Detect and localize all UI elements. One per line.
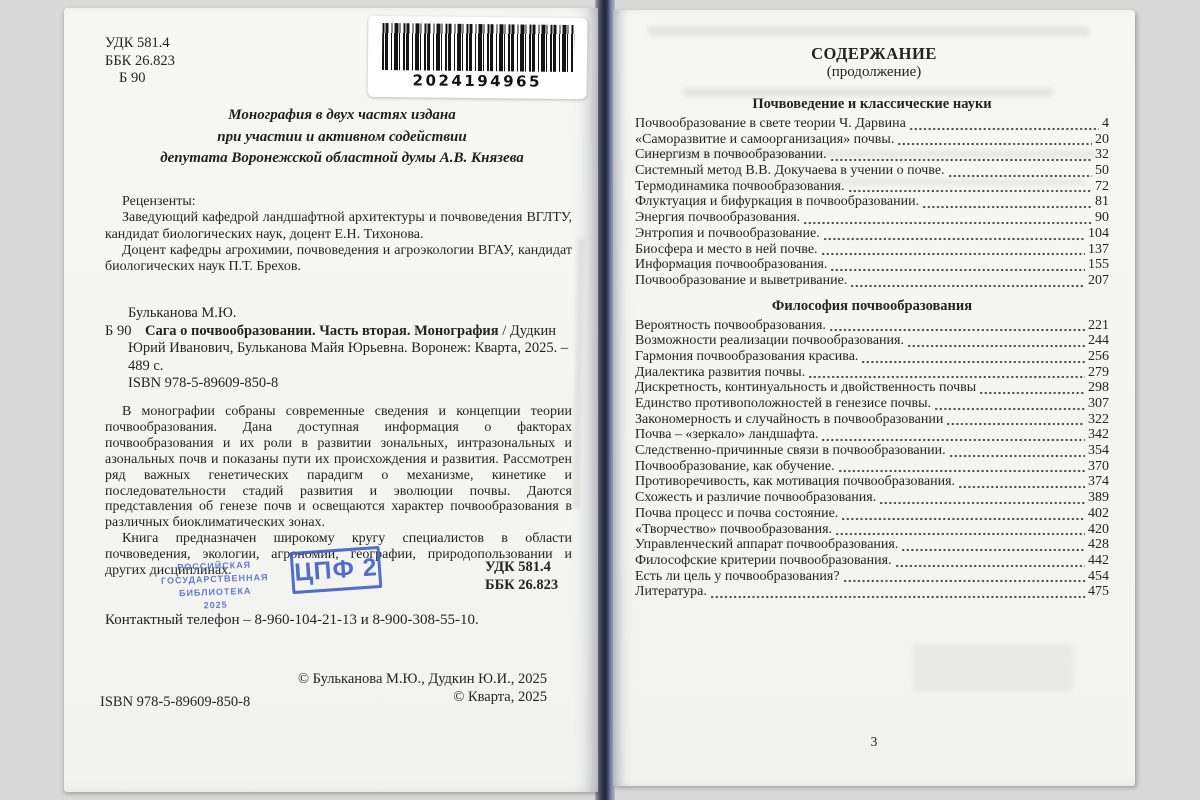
toc-entry-title: Диалектика развития почвы. <box>635 365 805 381</box>
toc-section: Философия почвообразованияВероятность по… <box>635 298 1109 600</box>
bbk-bottom: ББК 26.823 <box>485 576 558 594</box>
toc-entry-page: 428 <box>1088 537 1109 553</box>
barcode-number: 2024194965 <box>368 71 587 91</box>
toc-entry-title: Гармония почвообразования красива. <box>635 349 858 365</box>
bbk-top: ББК 26.823 <box>105 53 175 71</box>
toc-entry: «Саморазвитие и самоорганизация» почвы.2… <box>635 132 1109 148</box>
dot-leader <box>822 245 1085 257</box>
toc-entry-page: 370 <box>1088 459 1109 475</box>
cpf-stamp: ЦПФ 2 <box>290 546 383 594</box>
toc-entry-page: 442 <box>1088 553 1109 569</box>
dot-leader <box>822 431 1085 443</box>
dedication-line: при участии и активном содействии <box>108 127 576 149</box>
toc-entry-page: 137 <box>1088 242 1109 258</box>
bibliographic-entry: Бульканова М.Ю. Б 90Сага о почвообразова… <box>105 305 572 393</box>
toc-entry: Дискретность, континуальность и двойстве… <box>635 380 1109 396</box>
udk-bottom: УДК 581.4 <box>485 558 558 576</box>
library-stamp: РОССИЙСКАЯ ГОСУДАРСТВЕННАЯ БИБЛИОТЕКА 20… <box>149 558 281 615</box>
toc-entry-page: 72 <box>1095 179 1109 195</box>
toc-section: Почвоведение и классические наукиПочвооб… <box>635 96 1109 289</box>
toc-entry: Почвообразование, как обучение.370 <box>635 459 1109 475</box>
toc-entry-title: Управленческий аппарат почвообразования. <box>635 537 898 553</box>
reviewers-block: Рецензенты: Заведующий кафедрой ландшафт… <box>105 194 572 275</box>
toc-entry-title: Философские критерии почвообразования. <box>635 553 892 569</box>
toc-entry: Диалектика развития почвы.279 <box>635 365 1109 381</box>
dot-leader <box>898 135 1092 147</box>
barcode-icon <box>382 23 574 72</box>
toc-entry-title: Энергия почвообразования. <box>635 210 800 226</box>
dot-leader <box>862 353 1085 365</box>
dot-leader <box>851 277 1085 289</box>
toc-entry: Почвообразование и выветривание.207 <box>635 273 1109 289</box>
toc-title: СОДЕРЖАНИЕ <box>613 44 1135 64</box>
copyright-block: © Бульканова М.Ю., Дудкин Ю.И., 2025 © К… <box>298 671 547 706</box>
dot-leader <box>880 494 1085 506</box>
toc-entry-title: Системный метод В.В. Докучаева в учении … <box>635 163 945 179</box>
right-page: СОДЕРЖАНИЕ (продолжение) Почвоведение и … <box>613 10 1135 786</box>
toc-entry-page: 298 <box>1088 380 1109 396</box>
toc-entry-title: Единство противоположностей в генезисе п… <box>635 396 931 412</box>
copyright-authors: © Бульканова М.Ю., Дудкин Ю.И., 2025 <box>298 671 547 689</box>
toc-entry-page: 4 <box>1102 116 1109 132</box>
isbn-bottom: ISBN 978-5-89609-850-8 <box>100 694 250 711</box>
toc-entry-title: Флуктуация и бифуркация в почвообразован… <box>635 194 919 210</box>
toc-entry-title: Термодинамика почвообразования. <box>635 179 845 195</box>
toc-entry: Синергизм в почвообразовании.32 <box>635 147 1109 163</box>
toc-entry: Энергия почвообразования.90 <box>635 210 1109 226</box>
toc-entry-title: Почвообразование и выветривание. <box>635 273 847 289</box>
dot-leader <box>908 337 1085 349</box>
dot-leader <box>839 462 1085 474</box>
toc-entry-title: «Творчество» почвообразования. <box>635 522 832 538</box>
toc-entry-page: 374 <box>1088 474 1109 490</box>
dot-leader <box>902 541 1085 553</box>
toc-subtitle: (продолжение) <box>613 64 1135 81</box>
classification-block: УДК 581.4 ББК 26.823 Б 90 <box>105 35 175 88</box>
barcode-sticker: 2024194965 <box>368 16 588 99</box>
dot-leader <box>804 214 1092 226</box>
book-scan: УДК 581.4 ББК 26.823 Б 90 2024194965 Мон… <box>0 0 1200 800</box>
page-showthrough <box>573 238 585 508</box>
dot-leader <box>849 182 1093 194</box>
toc-entry: Возможности реализации почвообразования.… <box>635 333 1109 349</box>
author-code: Б 90 <box>105 70 175 88</box>
dot-leader <box>947 415 1085 427</box>
dot-leader <box>831 261 1085 273</box>
toc-entry-title: Биосфера и место в ней почве. <box>635 242 818 258</box>
toc-entry-page: 81 <box>1095 194 1109 210</box>
toc-entry: Литература.475 <box>635 584 1109 600</box>
toc-entry-page: 307 <box>1088 396 1109 412</box>
bib-author: Бульканова М.Ю. <box>105 305 572 323</box>
reviewer-1: Заведующий кафедрой ландшафтной архитект… <box>105 210 572 243</box>
toc-entry-page: 155 <box>1088 257 1109 273</box>
dedication: Монография в двух частях издана при учас… <box>108 105 576 170</box>
toc-entry: Противоречивость, как мотивация почвообр… <box>635 474 1109 490</box>
dot-leader <box>836 525 1085 537</box>
dedication-line: Монография в двух частях издана <box>108 105 576 127</box>
toc-entry: Философские критерии почвообразования.44… <box>635 553 1109 569</box>
toc-section-heading: Почвоведение и классические науки <box>635 96 1109 113</box>
page-number: 3 <box>613 734 1135 750</box>
dedication-line: депутата Воронежской областной думы А.В.… <box>108 148 576 170</box>
bib-isbn: ISBN 978-5-89609-850-8 <box>105 375 572 393</box>
toc-entry-title: Вероятность почвообразования. <box>635 318 826 334</box>
toc-entry: Информация почвообразования.155 <box>635 257 1109 273</box>
toc-entry: Термодинамика почвообразования.72 <box>635 179 1109 195</box>
toc-entry: Управленческий аппарат почвообразования.… <box>635 537 1109 553</box>
toc-entry: Почва – «зеркало» ландшафта.342 <box>635 427 1109 443</box>
page-showthrough <box>913 645 1073 691</box>
toc-entry-title: «Саморазвитие и самоорганизация» почвы. <box>635 132 894 148</box>
toc-entry-title: Закономерность и случайность в почвообра… <box>635 412 943 428</box>
toc-entry: Флуктуация и бифуркация в почвообразован… <box>635 194 1109 210</box>
toc-entry: Гармония почвообразования красива.256 <box>635 349 1109 365</box>
dot-leader <box>923 198 1092 210</box>
toc-entry-page: 256 <box>1088 349 1109 365</box>
toc-entry: Закономерность и случайность в почвообра… <box>635 412 1109 428</box>
toc-section-heading: Философия почвообразования <box>635 298 1109 315</box>
toc-entry-page: 279 <box>1088 365 1109 381</box>
toc-entry-title: Почвообразование, как обучение. <box>635 459 835 475</box>
classification-bottom: УДК 581.4 ББК 26.823 <box>485 558 558 594</box>
abstract-paragraph: В монографии собраны современные сведени… <box>105 404 572 531</box>
toc-entry-page: 32 <box>1095 147 1109 163</box>
toc-entry-page: 475 <box>1088 584 1109 600</box>
reviewer-2: Доцент кафедры агрохимии, почвоведения и… <box>105 243 572 276</box>
dot-leader <box>949 167 1092 179</box>
toc-entry-page: 420 <box>1088 522 1109 538</box>
toc-body: Почвоведение и классические наукиПочвооб… <box>635 96 1109 600</box>
udk-top: УДК 581.4 <box>105 35 175 53</box>
toc-entry: Энтропия и почвообразование.104 <box>635 226 1109 242</box>
toc-entry-title: Дискретность, континуальность и двойстве… <box>635 380 976 396</box>
bib-code: Б 90 <box>105 323 131 341</box>
toc-entry-title: Информация почвообразования. <box>635 257 827 273</box>
toc-entry-page: 207 <box>1088 273 1109 289</box>
dot-leader <box>842 510 1085 522</box>
copyright-publisher: © Кварта, 2025 <box>298 689 547 707</box>
page-showthrough <box>648 26 1090 36</box>
toc-entry-page: 454 <box>1088 569 1109 585</box>
toc-entry-title: Следственно-причинные связи в почвообраз… <box>635 443 946 459</box>
toc-entry: «Творчество» почвообразования.420 <box>635 522 1109 538</box>
toc-entry: Есть ли цель у почвообразования?454 <box>635 569 1109 585</box>
toc-entry-page: 104 <box>1088 226 1109 242</box>
toc-entry-page: 342 <box>1088 427 1109 443</box>
dot-leader <box>830 321 1085 333</box>
contact-phone: Контактный телефон – 8-960-104-21-13 и 8… <box>105 612 479 629</box>
toc-entry: Почва процесс и почва состояние.402 <box>635 506 1109 522</box>
dot-leader <box>910 120 1099 132</box>
toc-entry-page: 50 <box>1095 163 1109 179</box>
toc-entry-title: Энтропия и почвообразование. <box>635 226 820 242</box>
toc-entry: Вероятность почвообразования.221 <box>635 318 1109 334</box>
bib-description: Б 90Сага о почвообразовании. Часть втора… <box>105 323 572 376</box>
toc-entry-page: 389 <box>1088 490 1109 506</box>
dot-leader <box>959 478 1085 490</box>
toc-entry-title: Противоречивость, как мотивация почвообр… <box>635 474 955 490</box>
bib-title: Сага о почвообразовании. Часть вторая. М… <box>145 323 499 339</box>
toc-entry-title: Почвообразование в свете теории Ч. Дарви… <box>635 116 906 132</box>
toc-entry-title: Возможности реализации почвообразования. <box>635 333 904 349</box>
toc-entry: Системный метод В.В. Докучаева в учении … <box>635 163 1109 179</box>
toc-entry: Схожесть и различие почвообразования.389 <box>635 490 1109 506</box>
dot-leader <box>950 447 1085 459</box>
dot-leader <box>824 230 1085 242</box>
dot-leader <box>711 588 1085 600</box>
dot-leader <box>896 557 1085 569</box>
toc-entry-page: 90 <box>1095 210 1109 226</box>
toc-entry-page: 221 <box>1088 318 1109 334</box>
toc-entry-page: 244 <box>1088 333 1109 349</box>
dot-leader <box>831 151 1092 163</box>
dot-leader <box>935 400 1085 412</box>
toc-entry-page: 20 <box>1095 132 1109 148</box>
book-spine <box>595 0 615 800</box>
toc-entry-page: 354 <box>1088 443 1109 459</box>
left-page: УДК 581.4 ББК 26.823 Б 90 2024194965 Мон… <box>64 8 598 792</box>
toc-entry: Биосфера и место в ней почве.137 <box>635 242 1109 258</box>
reviewers-label: Рецензенты: <box>105 194 572 210</box>
toc-entry-page: 402 <box>1088 506 1109 522</box>
toc-entry: Почвообразование в свете теории Ч. Дарви… <box>635 116 1109 132</box>
toc-entry-title: Литература. <box>635 584 707 600</box>
dot-leader <box>844 572 1085 584</box>
toc-entry-title: Синергизм в почвообразовании. <box>635 147 827 163</box>
toc-entry-page: 322 <box>1088 412 1109 428</box>
dot-leader <box>809 368 1085 380</box>
toc-entry-title: Почва процесс и почва состояние. <box>635 506 838 522</box>
toc-entry: Следственно-причинные связи в почвообраз… <box>635 443 1109 459</box>
toc-entry: Единство противоположностей в генезисе п… <box>635 396 1109 412</box>
toc-entry-title: Схожесть и различие почвообразования. <box>635 490 876 506</box>
toc-entry-title: Есть ли цель у почвообразования? <box>635 569 840 585</box>
dot-leader <box>980 384 1085 396</box>
toc-entry-title: Почва – «зеркало» ландшафта. <box>635 427 818 443</box>
